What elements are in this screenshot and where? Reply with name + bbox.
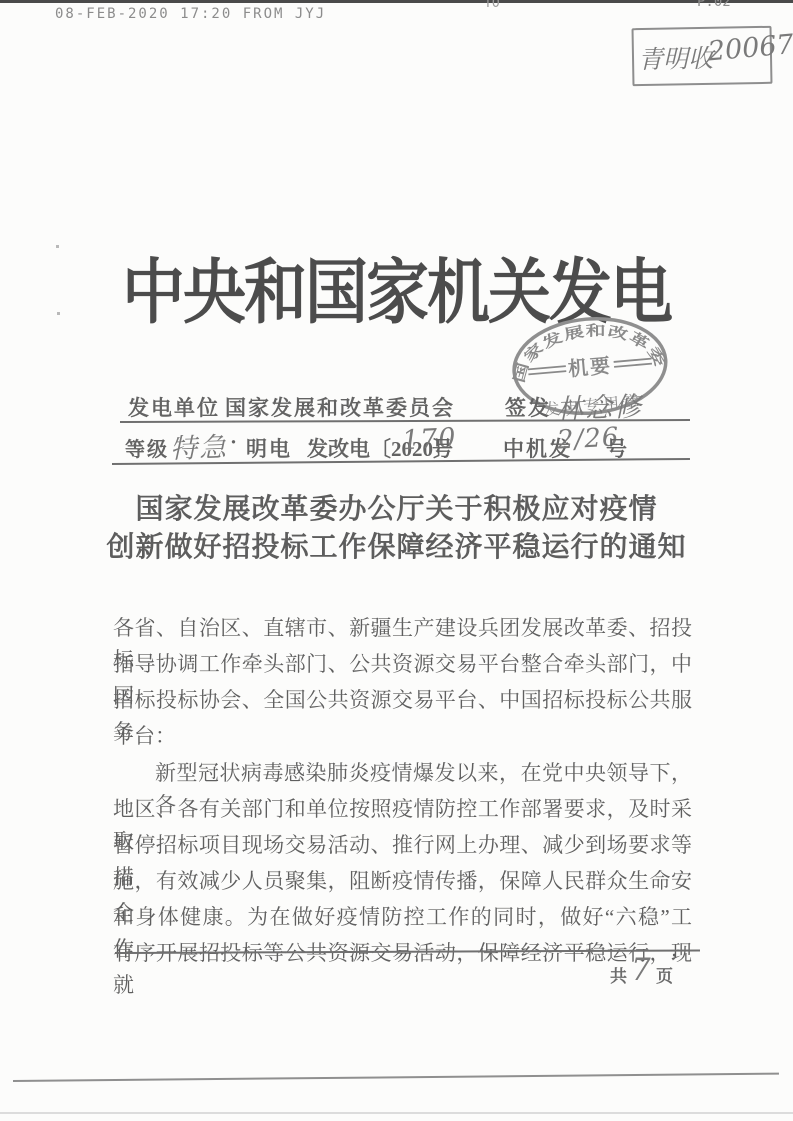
fax-page-number: P.02	[697, 0, 731, 10]
received-stamp-text: 青明收	[638, 39, 714, 76]
fax-header-text: 08-FEB-2020 17:20 FROM JYJ	[55, 6, 326, 22]
sign-off-label: 签发	[505, 392, 551, 422]
body-line: 招标投标协会、全国公共资源交易平台、中国招标投标公共服务	[113, 684, 692, 716]
fax-to-label: TO	[484, 0, 500, 11]
body-line: 指导协调工作牵头部门、公共资源交易平台整合牵头部门，中国	[113, 648, 692, 680]
issuing-unit-value: 国家发展和改革委员会	[225, 392, 455, 422]
seal-center-text: 机要	[567, 353, 613, 381]
scan-speck	[57, 312, 60, 315]
telegram-type-value: 明电	[246, 433, 292, 463]
issuing-unit-label: 发电单位	[128, 392, 220, 422]
body-line: 地区、各有关部门和单位按照疫情防控工作部署要求，及时采取	[113, 793, 692, 825]
body-line: 新型冠状病毒感染肺炎疫情爆发以来，在党中央领导下，各	[155, 757, 692, 789]
body-line: 平台：	[113, 720, 692, 752]
doc-number-suffix: 号	[432, 433, 455, 463]
grade-label: 等级	[125, 433, 169, 462]
scan-artifact-top-strip	[0, 0, 793, 3]
scan-artifact-bottom-line	[0, 1112, 793, 1114]
page-count-number: 7	[631, 952, 653, 988]
body-line: 和身体健康。为在做好疫情防控工作的同时，做好“六稳”工作，	[113, 901, 692, 933]
page-count-suffix: 页	[656, 962, 673, 987]
document-title-line2: 创新做好招投标工作保障经济平稳运行的通知	[0, 525, 793, 565]
received-stamp-box: 青明收 200672	[632, 26, 773, 86]
body-line: 施，有效减少人员聚集，阻断疫情传播，保障人民群众生命安全	[113, 865, 692, 897]
scanned-fax-page: 08-FEB-2020 17:20 FROM JYJ TO P.02 青明收 2…	[0, 0, 793, 1121]
page-count-prefix: 共	[610, 962, 627, 987]
body-line: 暂停招标项目现场交易活动、推行网上办理、减少到场要求等措	[113, 829, 692, 861]
masthead-title: 中央和国家机关发电	[0, 236, 793, 338]
grade-separator-dot: ·	[230, 430, 239, 455]
scan-artifact-line	[13, 1073, 779, 1082]
grade-value-handwritten: 特急	[169, 425, 228, 466]
body-line: 各省、自治区、直辖市、新疆生产建设兵团发展改革委、招投标	[113, 612, 692, 644]
received-stamp-number: 200672	[707, 28, 793, 68]
document-title-line1: 国家发展改革委办公厅关于积极应对疫情	[0, 487, 793, 527]
scan-speck	[56, 245, 59, 248]
